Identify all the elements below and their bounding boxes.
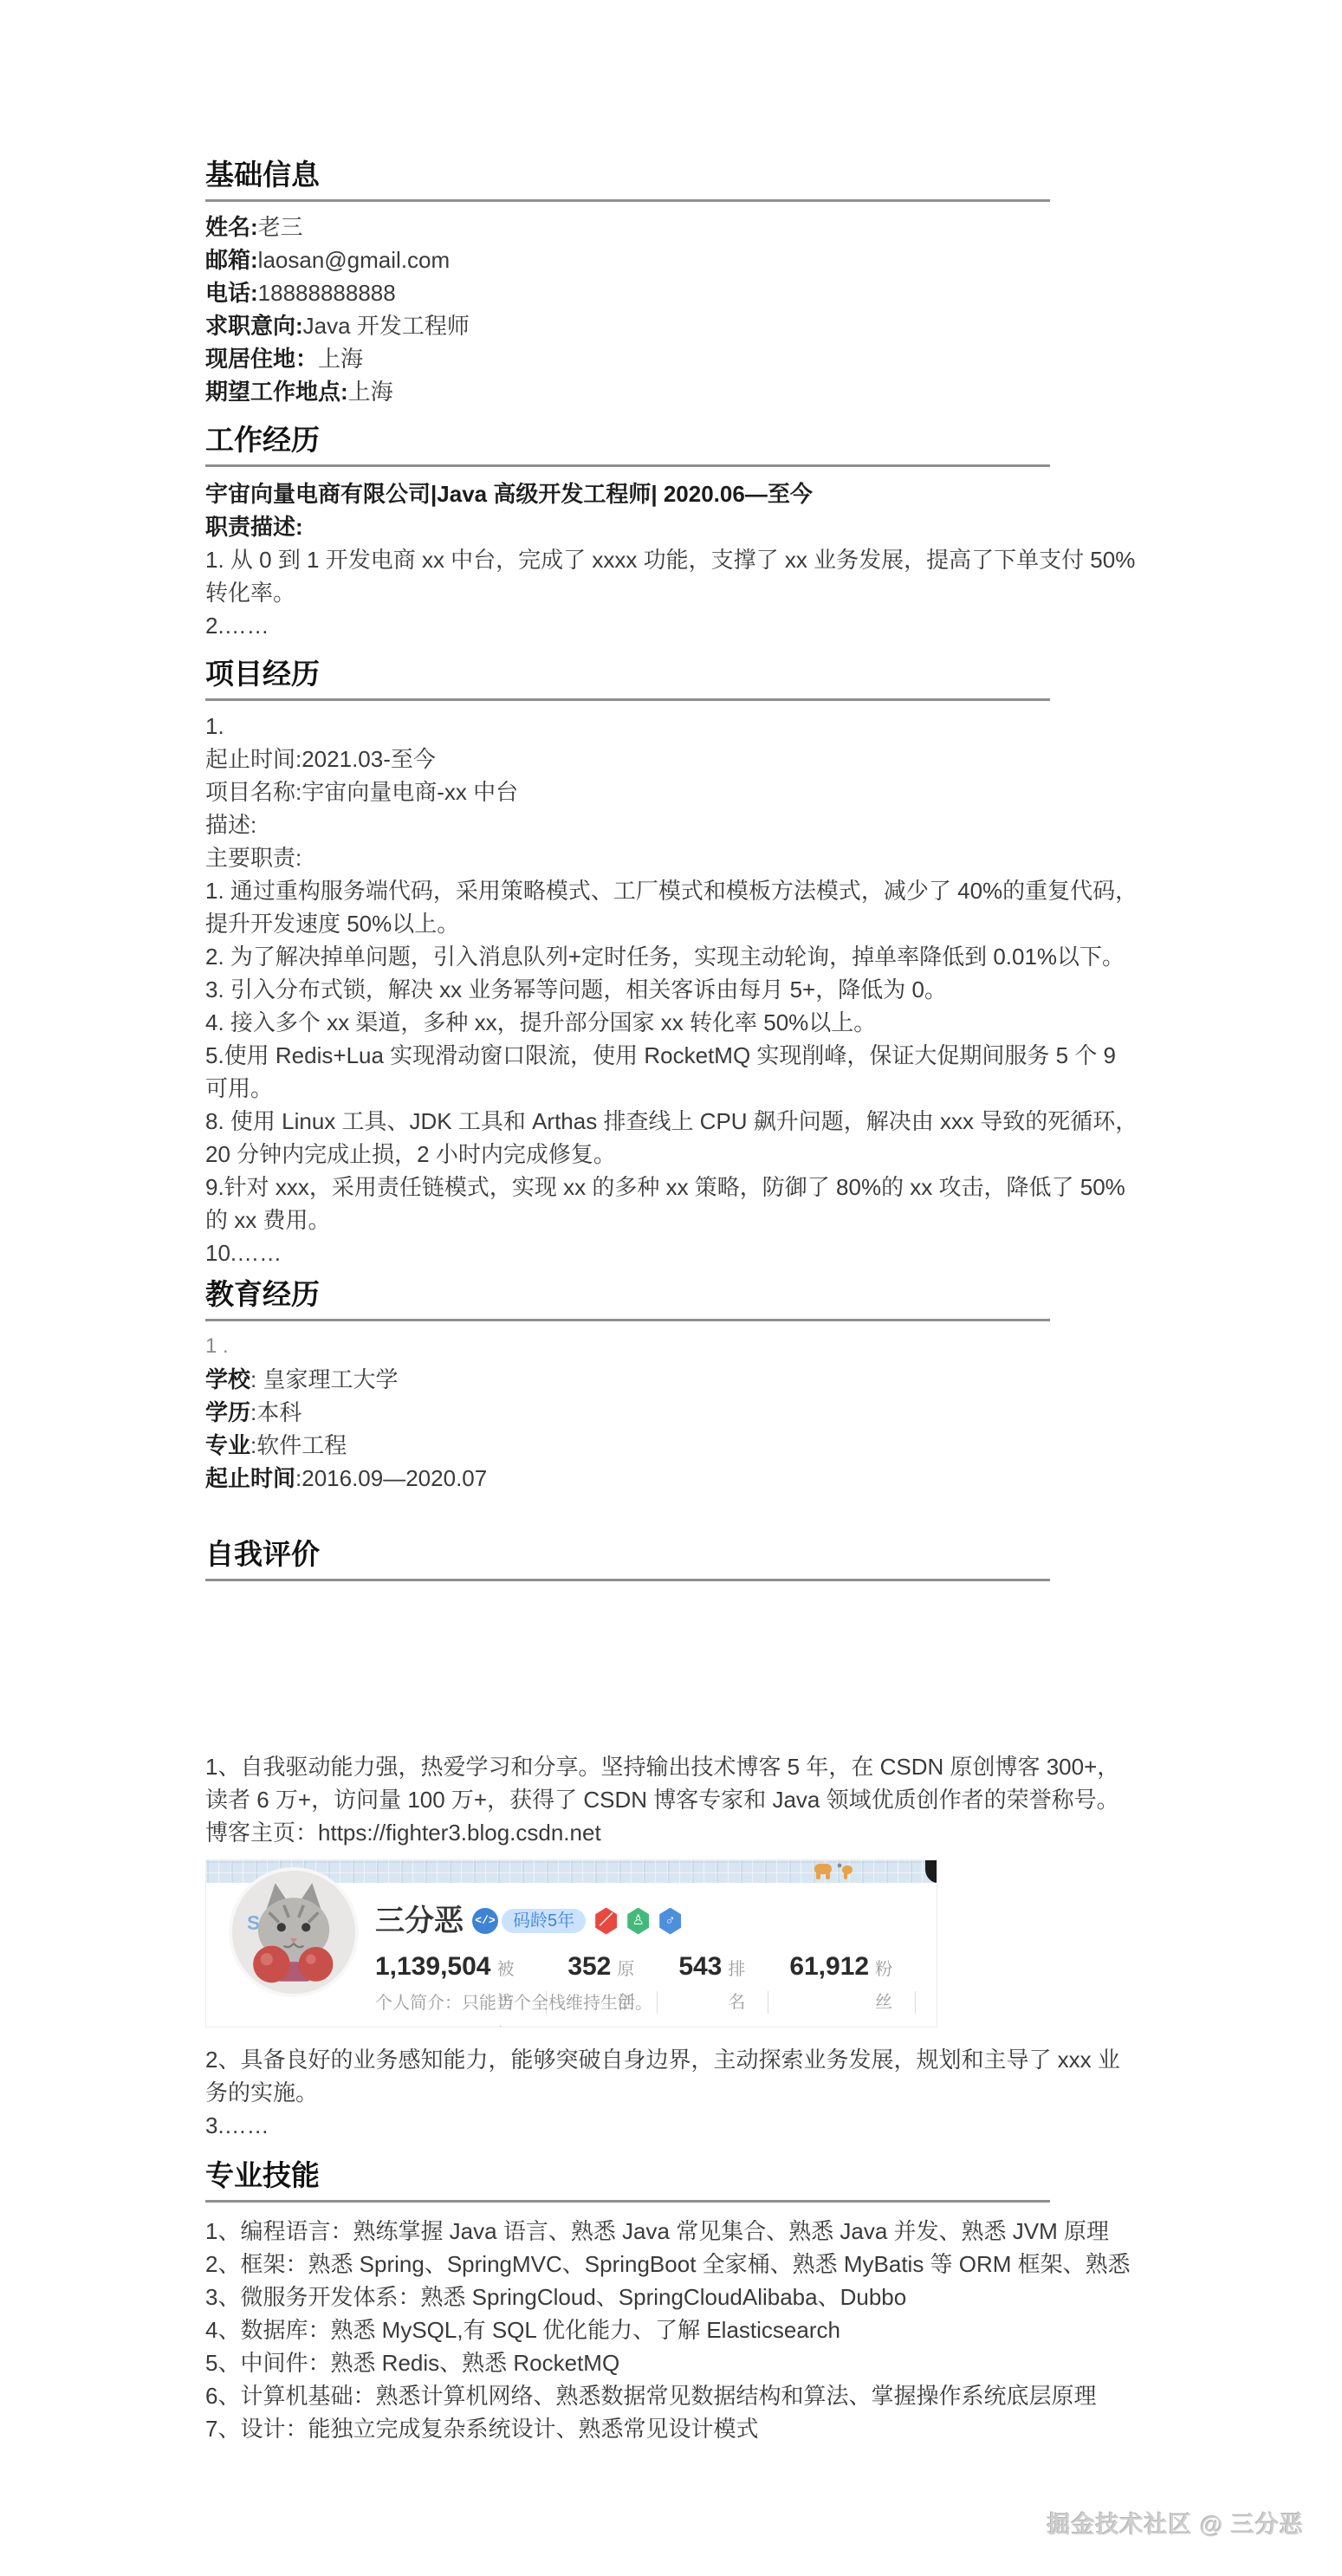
field-email: 邮箱:laosan@gmail.com (205, 243, 1139, 276)
section-education: 教育经历 1 . 学校: 皇家理工大学 学历:本科 专业:软件工程 起止时间:2… (205, 1278, 1139, 1495)
field-label: 期望工作地点: (205, 379, 348, 405)
project-item: 8. 使用 Linux 工具、JDK 工具和 Arthas 排查线上 CPU 飙… (205, 1105, 1139, 1171)
section-project-experience: 项目经历 1. 起止时间:2021.03-至今 项目名称:宇宙向量电商-xx 中… (205, 658, 1139, 1269)
field-value: 18888888888 (258, 280, 396, 306)
skill-item-cs-basics: 6、计算机基础：熟悉计算机网络、熟悉数据常见数据结构和算法、掌握操作系统底层原理 (205, 2379, 1139, 2412)
work-item: 2.…… (205, 609, 1139, 642)
self-eval-body: 1、自我驱动能力强，热爱学习和分享。坚持输出技术博客 5 年，在 CSDN 原创… (205, 1750, 1139, 2142)
field-label: 姓名: (205, 214, 258, 240)
stat-divider (768, 1991, 768, 2014)
section-skills: 专业技能 1、编程语言：熟练掌握 Java 语言、熟悉 Java 常见集合、熟悉… (205, 2159, 1139, 2445)
profile-name-row: 三分恶 </> 码龄5年 ／ ♙ ♂ (375, 1904, 682, 1938)
education-body: 1 . 学校: 皇家理工大学 学历:本科 专业:软件工程 起止时间:2016.0… (205, 1330, 1139, 1495)
section-self-evaluation: 自我评价 1、自我驱动能力强，热爱学习和分享。坚持输出技术博客 5 年，在 CS… (205, 1538, 1139, 2142)
section-title-education: 教育经历 (205, 1278, 1050, 1321)
field-label: 现居住地： (205, 346, 318, 372)
stat-fans-label: 粉丝 (875, 1953, 894, 2019)
section-title-work: 工作经历 (205, 424, 1050, 467)
blog-home-line: 博客主页：https://fighter3.blog.csdn.net (205, 1816, 1139, 1849)
watermark-credit: 掘金技术社区 @ 三分恶 (1047, 2506, 1304, 2540)
field-label: 电话: (205, 280, 258, 306)
resume-content: 基础信息 姓名:老三 邮箱:laosan@gmail.com 电话:188888… (205, 0, 1139, 2445)
field-label: 起止时间 (205, 1465, 295, 1491)
project-item: 2. 为了解决掉单问题，引入消息队列+定时任务，实现主动轮询，掉单率降低到 0.… (205, 940, 1139, 973)
project-meta-name: 项目名称:宇宙向量电商-xx 中台 (205, 775, 1139, 808)
section-title-self-eval: 自我评价 (205, 1538, 1050, 1581)
field-label: 专业 (205, 1432, 250, 1458)
profile-bio: 个人简介：只能当个全栈维持生活。 (375, 1992, 652, 2015)
skill-item-middleware: 5、中间件：熟悉 Redis、熟悉 RocketMQ (205, 2346, 1139, 2379)
section-basic-info: 基础信息 姓名:老三 邮箱:laosan@gmail.com 电话:188888… (205, 159, 1139, 408)
field-value: 老三 (258, 214, 303, 240)
field-value: :2016.09—2020.07 (295, 1465, 487, 1491)
field-value: 上海 (348, 379, 393, 405)
skills-body: 1、编程语言：熟练掌握 Java 语言、熟悉 Java 常见集合、熟悉 Java… (205, 2215, 1139, 2445)
skill-item-database: 4、数据库：熟悉 MySQL,有 SQL 优化能力、了解 Elasticsear… (205, 2313, 1139, 2346)
section-work-experience: 工作经历 宇宙向量电商有限公司|Java 高级开发工程师| 2020.06—至今… (205, 424, 1139, 642)
csdn-profile-card: S (205, 1859, 937, 2028)
project-index: 1. (205, 710, 1139, 743)
skill-item-microservice: 3、微服务开发体系：熟悉 SpringCloud、SpringCloudAlib… (205, 2281, 1139, 2313)
project-body: 1. 起止时间:2021.03-至今 项目名称:宇宙向量电商-xx 中台 描述:… (205, 710, 1139, 1269)
field-label: 学历 (205, 1399, 250, 1425)
field-value: : 皇家理工大学 (250, 1366, 398, 1392)
blog-url-link[interactable]: https://fighter3.blog.csdn.net (318, 1820, 601, 1846)
field-label: 求职意向: (205, 313, 303, 339)
field-value: laosan@gmail.com (258, 247, 450, 273)
project-item: 9.针对 xxx，采用责任链模式，实现 xx 的多种 xx 策略，防御了 80%… (205, 1171, 1139, 1236)
red-medal-icon: ／ (594, 1908, 618, 1935)
black-dot-decoration (925, 1860, 937, 1883)
project-meta-duty: 主要职责: (205, 841, 1139, 874)
field-label: 学校 (205, 1366, 250, 1392)
field-major: 专业:软件工程 (205, 1429, 1139, 1462)
field-degree: 学历:本科 (205, 1396, 1139, 1429)
project-item: 4. 接入多个 xx 渠道，多种 xx，提升部分国家 xx 转化率 50%以上。 (205, 1006, 1139, 1039)
blog-home-label: 博客主页： (205, 1820, 318, 1846)
basic-fields: 姓名:老三 邮箱:laosan@gmail.com 电话:18888888888… (205, 211, 1139, 408)
stat-original-value: 352 (567, 1952, 611, 1982)
boxing-cat-avatar-icon: S (232, 1871, 355, 1994)
stat-visits-label: 被访问 (496, 1953, 525, 2028)
field-current-city: 现居住地：上海 (205, 342, 1139, 375)
work-body: 宇宙向量电商有限公司|Java 高级开发工程师| 2020.06—至今 职责描述… (205, 477, 1139, 642)
field-edu-duration: 起止时间:2016.09—2020.07 (205, 1462, 1139, 1495)
skill-item-design: 7、设计：能独立完成复杂系统设计、熟悉常见设计模式 (205, 2412, 1139, 2445)
self-eval-after-card: 2、具备良好的业务感知能力，能够突破自身边界，主动探索业务发展，规划和主导了 x… (205, 2043, 1139, 2142)
stat-rank-label: 排名 (728, 1953, 747, 2019)
project-item: 1. 通过重构服务端代码，采用策略模式、工厂模式和模板方法模式，减少了 40%的… (205, 874, 1139, 940)
stat-rank-value: 543 (678, 1952, 722, 1982)
project-item: 3. 引入分布式锁，解决 xx 业务幂等问题，相关客诉由每月 5+，降低为 0。 (205, 973, 1139, 1006)
section-title-skills: 专业技能 (205, 2159, 1050, 2203)
field-name: 姓名:老三 (205, 211, 1139, 243)
field-expected-city: 期望工作地点:上海 (205, 375, 1139, 408)
project-meta-desc: 描述: (205, 808, 1139, 841)
project-item: 10.…… (205, 1236, 1139, 1269)
code-age-badge: 码龄5年 (502, 1909, 586, 1933)
green-member-icon: ♙ (626, 1908, 650, 1935)
skill-item-language: 1、编程语言：熟练掌握 Java 语言、熟悉 Java 常见集合、熟悉 Java… (205, 2215, 1139, 2248)
field-job-intention: 求职意向:Java 开发工程师 (205, 309, 1139, 342)
stat-divider (915, 1991, 916, 2014)
field-value: Java 开发工程师 (303, 313, 470, 339)
stat-fans-value: 61,912 (789, 1952, 869, 1982)
avatar: S (232, 1871, 355, 1994)
field-value: :软件工程 (250, 1432, 347, 1458)
work-company-line: 宇宙向量电商有限公司|Java 高级开发工程师| 2020.06—至今 (205, 477, 1139, 510)
self-eval-item: 1、自我驱动能力强，热爱学习和分享。坚持输出技术博客 5 年，在 CSDN 原创… (205, 1750, 1139, 1816)
project-meta-duration: 起止时间:2021.03-至今 (205, 743, 1139, 775)
code-age-shield-icon: </> (472, 1908, 498, 1934)
stat-visits-value: 1,139,504 (375, 1952, 490, 1982)
field-label: 邮箱: (205, 247, 258, 273)
field-value: :本科 (250, 1399, 301, 1425)
field-phone: 电话:18888888888 (205, 276, 1139, 309)
field-value: 上海 (318, 346, 363, 372)
work-duty-label: 职责描述: (205, 510, 1139, 543)
self-eval-item: 2、具备良好的业务感知能力，能够突破自身边界，主动探索业务发展，规划和主导了 x… (205, 2043, 1139, 2109)
section-title-basic: 基础信息 (205, 159, 1050, 202)
profile-stats-row: 1,139,504 被访问 352 原创 543 排名 61,912 粉丝 (375, 1952, 937, 2028)
blue-gender-icon: ♂ (658, 1908, 682, 1935)
resume-page: 基础信息 姓名:老三 邮箱:laosan@gmail.com 电话:188888… (0, 0, 1342, 2576)
self-eval-item: 3.…… (205, 2109, 1139, 2142)
section-title-project: 项目经历 (205, 658, 1050, 701)
profile-nickname: 三分恶 (375, 1904, 464, 1938)
stat-divider (657, 1991, 658, 2014)
field-school: 学校: 皇家理工大学 (205, 1363, 1139, 1396)
work-item: 1. 从 0 到 1 开发电商 xx 中台，完成了 xxxx 功能，支撑了 xx… (205, 543, 1139, 609)
corgi-decoration-icon (813, 1862, 858, 1881)
skill-item-framework: 2、框架：熟悉 Spring、SpringMVC、SpringBoot 全家桶、… (205, 2248, 1139, 2281)
project-item: 5.使用 Redis+Lua 实现滑动窗口限流，使用 RocketMQ 实现削峰… (205, 1039, 1139, 1105)
education-index: 1 . (205, 1330, 1139, 1363)
